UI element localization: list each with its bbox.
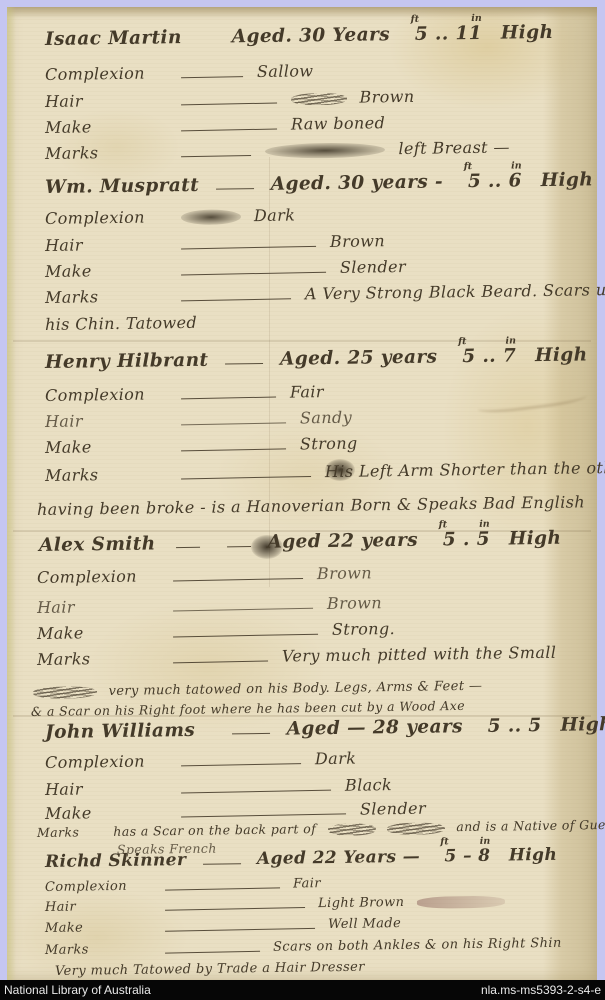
age-text: Aged. 30 Years	[232, 24, 390, 47]
age-text: Aged. 25 years	[280, 347, 438, 370]
marks-continuation: very much tatowed on his Body. Legs, Arm…	[33, 680, 483, 699]
fold-crease	[13, 340, 591, 342]
field-label: Marks	[45, 288, 175, 306]
struck-out-word	[291, 92, 347, 105]
field-value: Brown	[327, 593, 382, 613]
dash-rule	[180, 441, 285, 451]
height-value: 5 .. 5	[484, 717, 546, 736]
field-line-marks: Marks Very much pitted with the Small	[37, 645, 557, 668]
field-value: Dark	[315, 749, 357, 769]
field-label: Make	[45, 920, 160, 935]
height-value: ftin5 .. 7	[458, 347, 520, 366]
inches-unit-mark: in	[479, 520, 490, 530]
dash-rule	[180, 756, 300, 766]
feet-unit-mark: ft	[464, 162, 473, 172]
entry-name-line: Alex Smith Aged 22 years ftin5 . 5 High	[39, 530, 562, 556]
person-name: Richd Skinner	[45, 852, 187, 871]
field-value: Strong.	[332, 619, 395, 639]
field-label: Complexion	[45, 209, 175, 227]
field-label: Make	[45, 804, 175, 822]
field-label: Marks	[37, 826, 109, 840]
field-label: Complexion	[45, 879, 160, 894]
person-name: Alex Smith	[39, 535, 159, 555]
dash-rule	[180, 95, 276, 105]
field-label: Make	[45, 118, 175, 136]
field-line-marks: Marks Scars on both Ankles & on his Righ…	[45, 937, 562, 957]
entry-name-line: Henry Hilbrant Aged. 25 years ftin5 .. 7…	[45, 346, 588, 372]
field-value: Fair	[290, 382, 324, 401]
marks-continuation: his Chin. Tatowed	[45, 315, 197, 333]
dash-rule	[164, 880, 279, 890]
field-value: His Left Arm Shorter than the other	[325, 458, 605, 481]
dash-rule	[180, 69, 242, 78]
field-value: Scars on both Ankles & on his Right Shin	[273, 936, 562, 955]
field-label: Make	[45, 438, 175, 456]
field-line-hair: Hair Black	[45, 777, 392, 798]
struck-out-word	[328, 823, 376, 836]
dash-rule	[172, 653, 267, 663]
ink-smear	[417, 895, 505, 908]
person-name: Isaac Martin	[45, 28, 225, 49]
feet-unit-mark: ft	[440, 837, 449, 847]
field-value: Brown	[330, 231, 385, 251]
field-value-continued: and is a Native of Guernsey &	[456, 816, 605, 834]
dash-rule	[172, 626, 317, 637]
field-line-hair: Hair Brown	[37, 595, 382, 616]
field-line-complexion: Complexion Brown	[37, 565, 372, 586]
high-label: High	[509, 845, 558, 866]
dash-rule	[180, 806, 345, 817]
dash-rule	[180, 468, 310, 478]
dash-rule	[180, 238, 315, 249]
field-line-complexion: Complexion Dark	[45, 751, 357, 771]
field-label: Hair	[45, 236, 175, 254]
dash-rule	[227, 539, 251, 547]
catalog-footer-bar: National Library of Australia nla.ms-ms5…	[0, 980, 605, 1000]
dash-rule	[180, 415, 285, 425]
dash-rule	[203, 856, 241, 865]
field-line-make: Make Strong	[45, 436, 358, 456]
field-label: Hair	[37, 598, 167, 616]
field-label: Complexion	[37, 568, 167, 586]
struck-out-word	[33, 686, 97, 699]
entry-name-line: Isaac Martin Aged. 30 Years ftin5 .. 11 …	[45, 24, 554, 50]
height-value: ftin5 .. 6	[464, 172, 526, 191]
dash-rule	[216, 181, 254, 190]
paper-top-edge	[7, 7, 597, 18]
field-line-hair: Hair Sandy	[45, 410, 352, 430]
entry-name-line: John Williams Aged — 28 years 5 .. 5 Hig…	[45, 716, 605, 742]
field-line-make: Make Slender	[45, 259, 406, 280]
field-value: Black	[345, 775, 392, 795]
dash-rule	[180, 264, 325, 275]
field-line-marks: Marks A Very Strong Black Beard. Scars u…	[45, 282, 605, 306]
dash-rule	[180, 389, 275, 399]
field-value: Very much pitted with the Small	[282, 643, 557, 666]
field-line-marks: Marks has a Scar on the back part of and…	[37, 818, 605, 839]
field-label: Complexion	[45, 386, 175, 404]
dash-rule	[180, 147, 250, 156]
catalog-id: nla.ms-ms5393-2-s4-e	[481, 983, 601, 997]
dash-rule	[172, 570, 302, 580]
field-value: Brown	[317, 563, 372, 583]
field-line-complexion: Complexion Dark	[45, 208, 296, 227]
dash-rule	[176, 540, 200, 548]
dash-rule	[180, 291, 290, 301]
ink-smudge	[180, 209, 240, 225]
height-value: ftin5 . 5	[439, 531, 494, 550]
field-label: Marks	[45, 466, 175, 484]
field-value: Sallow	[257, 61, 314, 81]
field-label: Complexion	[45, 65, 175, 83]
feet-unit-mark: ft	[458, 337, 467, 347]
field-value: has a Scar on the back part of	[113, 821, 316, 839]
entry-name-line: Wm. Muspratt Aged. 30 years - ftin5 .. 6…	[45, 171, 593, 197]
field-label: Marks	[45, 144, 175, 162]
field-value: Raw boned	[291, 113, 385, 133]
field-label: Make	[37, 624, 167, 642]
field-value: Sandy	[300, 408, 352, 428]
field-line-complexion: Complexion Fair	[45, 384, 324, 404]
marks-continuation: having been broke - is a Hanoverian Born…	[37, 494, 585, 518]
dash-rule	[225, 356, 263, 365]
field-line-complexion: Complexion Fair	[45, 877, 321, 894]
age-text: Aged. 30 years -	[271, 171, 444, 194]
field-value: Light Brown	[318, 895, 405, 911]
inches-unit-mark: in	[471, 14, 482, 24]
field-line-make: Make Raw boned	[45, 115, 385, 136]
field-label: Marks	[37, 650, 167, 668]
manuscript-scan: Isaac Martin Aged. 30 Years ftin5 .. 11 …	[7, 7, 597, 980]
high-label: High	[509, 528, 562, 550]
height-value: ftin5 – 8	[440, 848, 494, 866]
dash-rule	[180, 121, 276, 131]
field-value: Strong	[300, 434, 358, 454]
field-label: Hair	[45, 899, 160, 914]
high-label: High	[535, 344, 588, 366]
field-line-make: Make Strong.	[37, 621, 395, 642]
inches-unit-mark: in	[505, 336, 516, 346]
entry-name-line: Richd Skinner Aged 22 Years — ftin5 – 8 …	[45, 847, 557, 871]
dash-rule	[232, 726, 270, 735]
high-label: High	[560, 714, 605, 736]
dash-rule	[172, 600, 312, 611]
feet-unit-mark: ft	[411, 15, 420, 25]
person-name: Henry Hilbrant	[45, 352, 209, 373]
field-value: Dark	[254, 206, 296, 226]
field-value: A Very Strong Black Beard. Scars under	[305, 280, 605, 304]
age-text: Aged — 28 years	[287, 716, 464, 739]
marks-continuation: Very much Tatowed by Trade a Hair Dresse…	[55, 961, 365, 978]
field-line-hair: Hair Brown	[45, 233, 385, 254]
dash-rule	[164, 920, 314, 931]
inches-unit-mark: in	[480, 837, 491, 847]
dash-rule	[180, 782, 330, 793]
field-label: Complexion	[45, 753, 175, 771]
paper-left-edge	[7, 7, 16, 980]
field-line-hair: Hair Brown	[45, 89, 415, 110]
ink-smudge	[265, 142, 385, 159]
person-name: John Williams	[45, 722, 215, 743]
dash-rule	[164, 900, 304, 911]
age-text: Aged 22 years	[267, 530, 418, 553]
feet-unit-mark: ft	[439, 520, 448, 530]
field-line-complexion: Complexion Sallow	[45, 63, 314, 83]
field-label: Marks	[45, 942, 160, 957]
age-text: Aged 22 Years —	[257, 847, 420, 869]
height-value: ftin5 .. 11	[411, 25, 486, 45]
field-label: Hair	[45, 92, 175, 110]
high-label: High	[540, 169, 593, 191]
field-line-marks: Marks left Breast —	[45, 140, 510, 162]
field-line-make: Make Well Made	[45, 917, 401, 935]
field-label: Hair	[45, 412, 175, 430]
field-label: Make	[45, 262, 175, 280]
dash-rule	[164, 943, 259, 953]
person-name: Wm. Muspratt	[45, 177, 199, 198]
field-line-make: Make Slender	[45, 801, 426, 822]
field-value: Slender	[360, 799, 426, 819]
high-label: High	[501, 22, 554, 44]
field-value: Well Made	[328, 916, 401, 932]
struck-out-word	[387, 822, 445, 835]
field-value: Fair	[293, 876, 321, 891]
field-value: left Breast —	[398, 138, 510, 159]
field-label: Hair	[45, 780, 175, 798]
field-line-hair: Hair Light Brown	[45, 895, 505, 914]
inches-unit-mark: in	[511, 161, 522, 171]
field-value: Slender	[340, 257, 406, 277]
field-value: Brown	[359, 87, 414, 107]
field-line-marks: Marks His Left Arm Shorter than the othe…	[45, 460, 605, 484]
library-name: National Library of Australia	[4, 983, 151, 997]
